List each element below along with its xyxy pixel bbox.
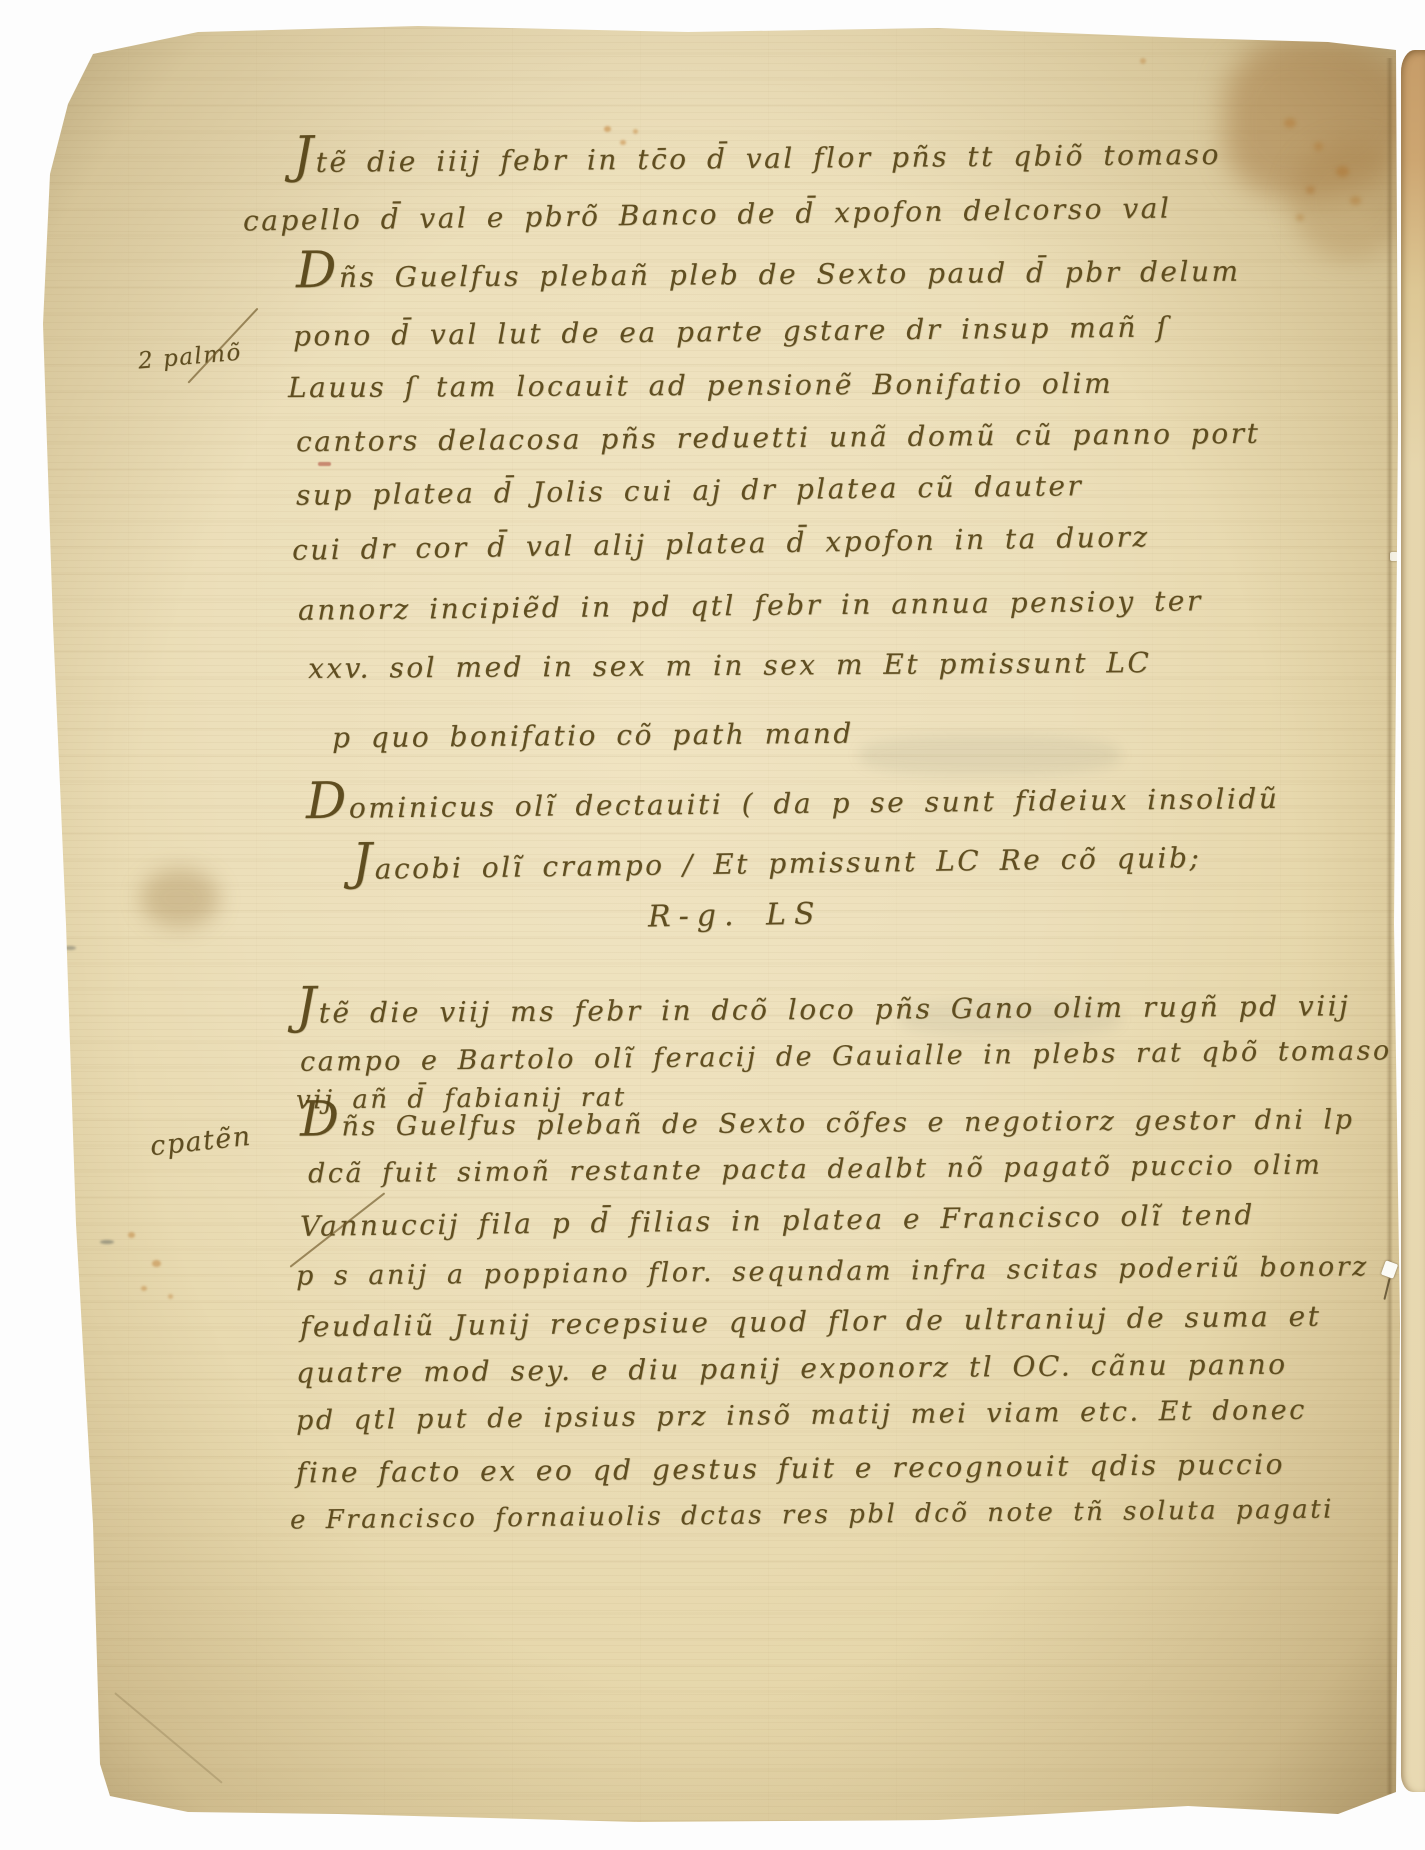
smudge <box>140 868 220 928</box>
manuscript-leaf: Jtẽ die iiij febr in tc̄o d̄ val flor pñ… <box>0 0 1425 1850</box>
red-mark <box>318 462 331 466</box>
foxing-spot <box>1284 118 1296 128</box>
manuscript-line: xxv. sol med in sex m in sex m Et pmissu… <box>308 646 1152 685</box>
foxing-spot <box>1140 58 1146 64</box>
manuscript-scan: { "document": { "kind": "medieval notari… <box>0 0 1425 1850</box>
foxing-spot <box>152 1260 161 1267</box>
foxing-spot <box>1336 166 1349 177</box>
manuscript-line: Lauus ſ tam locauit ad pensionẽ Bonifati… <box>288 367 1113 404</box>
show-through <box>860 735 1120 775</box>
foxing-spot <box>1306 186 1315 194</box>
foxing-spot <box>168 1294 173 1299</box>
foxing-spot <box>1350 196 1361 205</box>
foxing-spot <box>128 1232 135 1238</box>
fiber-fleck <box>100 1240 114 1244</box>
manuscript-line: Dñs Guelfus plebañ pleb de Sexto paud d̄… <box>296 255 1241 295</box>
fold-line <box>1386 58 1393 1794</box>
fiber-fleck <box>64 946 76 950</box>
stitch-hole <box>1390 552 1398 561</box>
foxing-spot <box>604 126 611 132</box>
foxing-spot <box>1314 142 1323 151</box>
second-leaf-edge <box>1401 50 1425 1792</box>
foxing-spot <box>633 129 638 134</box>
foxing-spot <box>141 1286 147 1291</box>
manuscript-line: p quo bonifatio cõ path mand <box>332 717 854 755</box>
manuscript-line: R-g. LS <box>648 896 823 934</box>
foxing-spot <box>1296 214 1304 221</box>
